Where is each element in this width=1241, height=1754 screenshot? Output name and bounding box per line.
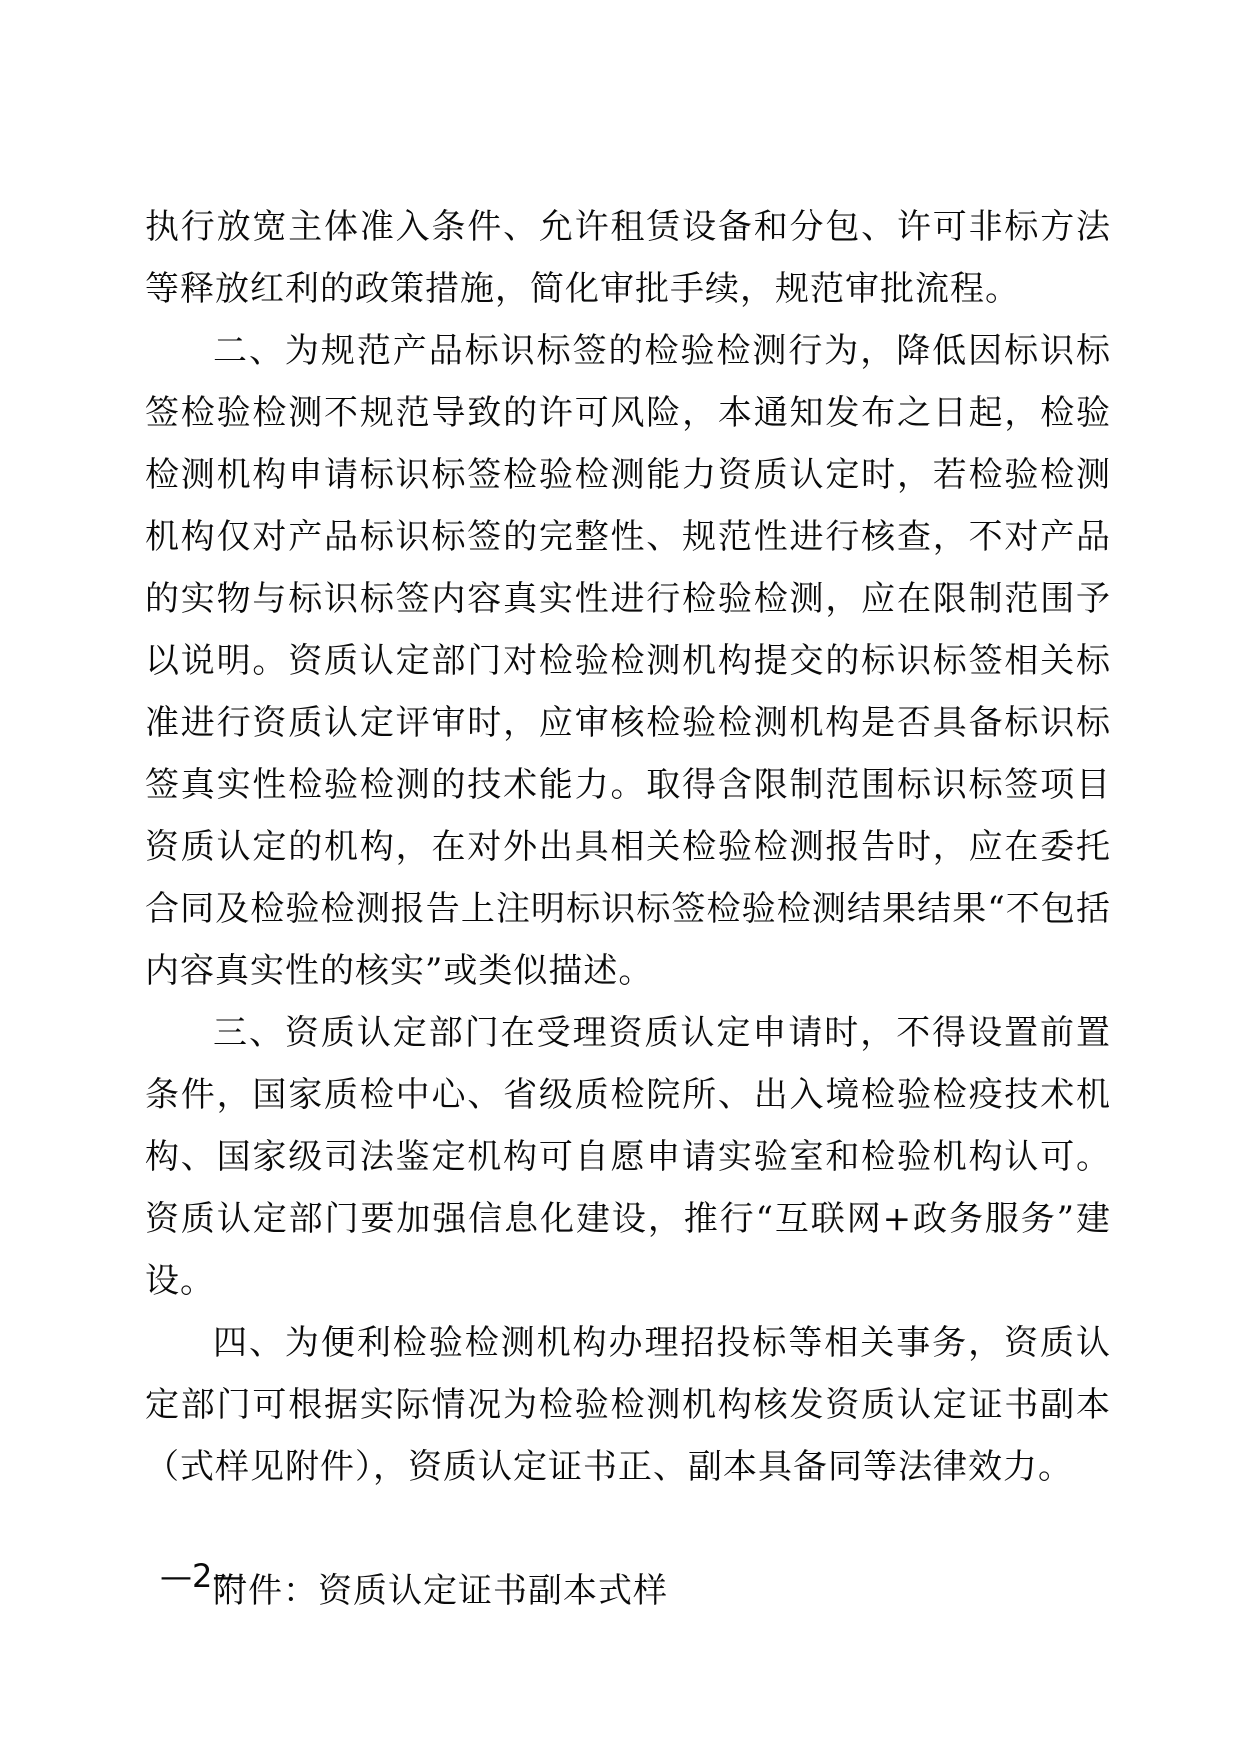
document-body: 执行放宽主体准入条件、允许租赁设备和分包、许可非标方法等释放红利的政策措施，简化… <box>145 196 1111 1622</box>
paragraph-item-3: 三、资质认定部门在受理资质认定申请时，不得设置前置条件，国家质检中心、省级质检院… <box>145 1002 1111 1312</box>
attachment-line: 附件：资质认定证书副本式样 <box>145 1560 1111 1622</box>
paragraph-item-2: 二、为规范产品标识标签的检验检测行为，降低因标识标签检验检测不规范导致的许可风险… <box>145 320 1111 1002</box>
paragraph-continuation: 执行放宽主体准入条件、允许租赁设备和分包、许可非标方法等释放红利的政策措施，简化… <box>145 196 1111 320</box>
page-number: —2— <box>160 1556 244 1596</box>
paragraph-item-4: 四、为便利检验检测机构办理招投标等相关事务，资质认定部门可根据实际情况为检验检测… <box>145 1312 1111 1498</box>
document-page: 执行放宽主体准入条件、允许租赁设备和分包、许可非标方法等释放红利的政策措施，简化… <box>0 0 1241 1754</box>
